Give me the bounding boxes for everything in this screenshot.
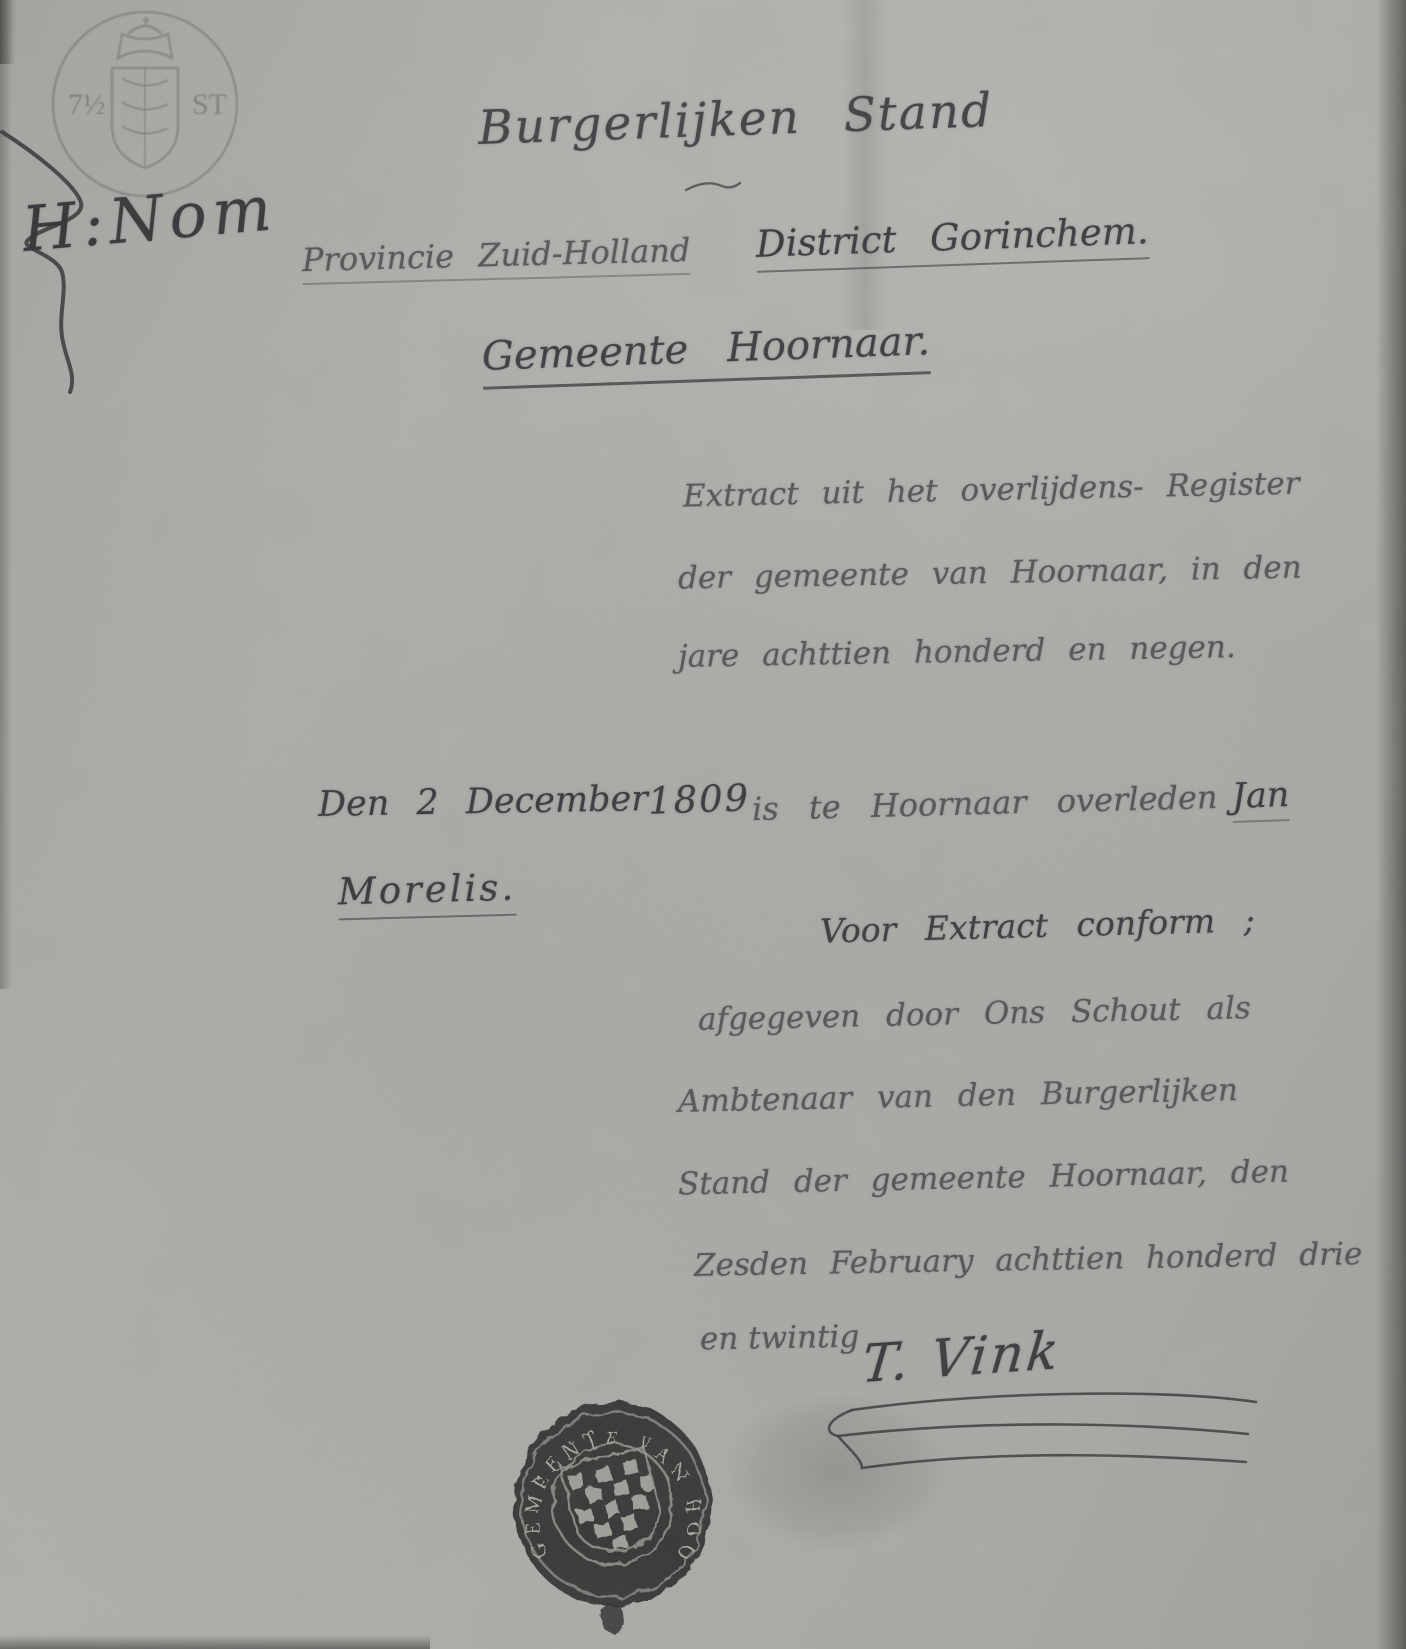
seal-ring-text-wrap: GEMEENTE VAN HOORNAAR [462,1356,707,1570]
scan-edge-bottom [0,1635,430,1649]
seal-inner-ring [553,1444,673,1564]
seal-ink-drip [601,1603,623,1633]
scan-edge-right [1376,0,1406,1649]
crown-icon [118,17,172,58]
stamp-outer-circle [53,12,237,196]
extract-line-1: Extract uit het overlijdens- Register [683,466,1300,515]
closing-line-2: afgegeven door Ons Schout als [698,990,1251,1038]
paper-fold-streak [842,0,888,330]
record-date-words: Den 2 December [318,779,649,825]
deceased-surname: Morelis. [337,866,516,921]
closing-line-1: Voor Extract conform ; [820,900,1256,950]
seal-ring-text: GEMEENTE VAN HOORNAAR [462,1356,707,1570]
seal-ink-blob [514,1402,712,1606]
deceased-first-name: Jan [1231,775,1290,823]
closing-line-5: Zesden February achttien honderd drie [694,1236,1363,1284]
ghost-stamp-smudge [688,1372,988,1592]
tax-stamp-value-left: 7½ [68,88,106,121]
tax-stamp-value-right: ST [192,88,227,121]
closing-line-4: Stand der gemeente Hoornaar, den [678,1154,1290,1203]
title-underline-flourish [686,183,740,190]
scan-corner-mark [0,0,16,64]
scanned-death-register-extract: 7½ ST H:Nom Burgerlijken Stand Provincie… [0,0,1406,1649]
municipality-label: Gemeente Hoornaar. [481,318,931,390]
seal-outer-ring [521,1412,705,1596]
district-label: District Gorinchem. [755,209,1149,273]
record-middle-text: is te Hoornaar overleden [752,778,1218,828]
province-label: Provincie Zuid-Holland [301,231,690,285]
record-year: 1809 [647,776,751,823]
archive-annotation: H:Nom [19,171,280,266]
seal-checky-shield [561,1447,668,1562]
scan-edge-left [0,0,12,989]
schout-signature: T. Vink [859,1321,1064,1395]
extract-line-2: der gemeente van Hoornaar, in den [678,550,1302,597]
extract-line-3: jare achttien honderd en negen. [678,629,1236,675]
closing-line-3: Ambtenaar van den Burgerlijken [678,1072,1239,1120]
coat-of-arms-shield-icon [112,68,178,168]
closing-line-6: en twintig [700,1319,860,1358]
document-title: Burgerlijken Stand [477,83,994,156]
